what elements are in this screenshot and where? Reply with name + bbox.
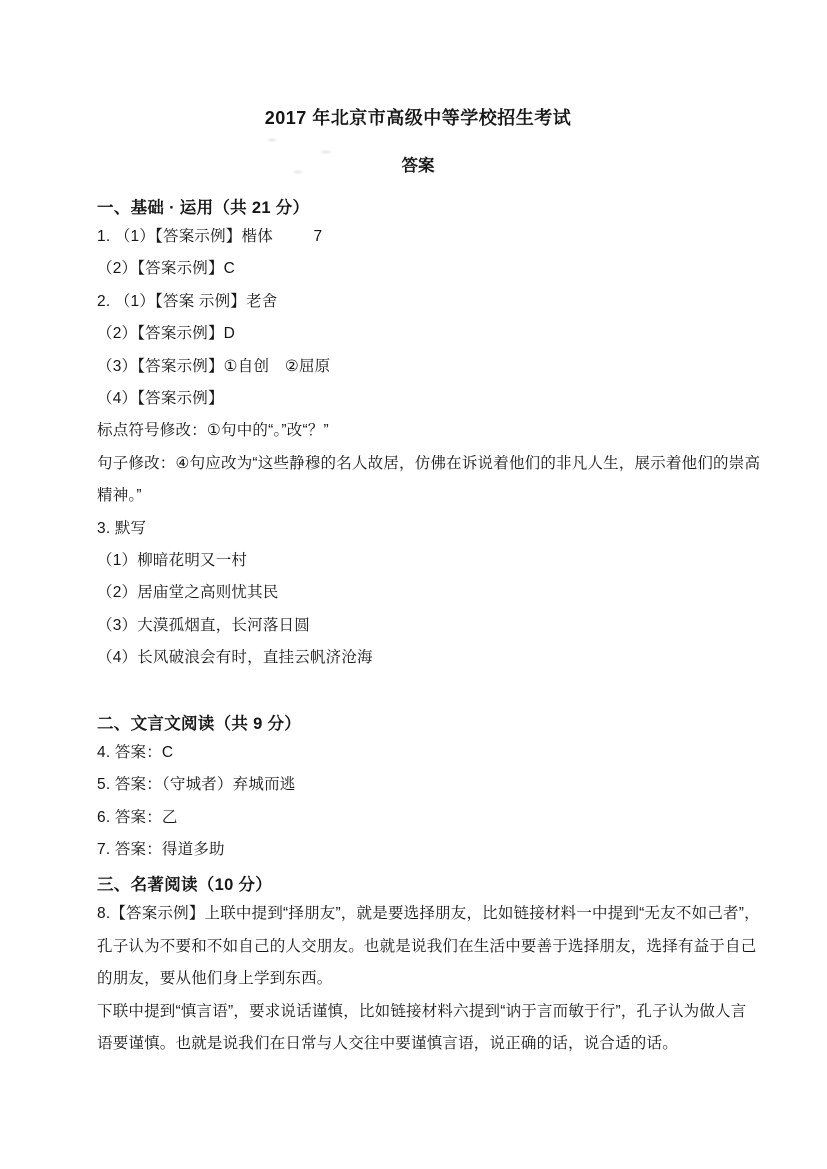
answer-line: 8.【答案示例】上联中提到“择朋友”，就是要选择朋友，比如链接材料一中提到“无友…: [97, 898, 739, 930]
section-classical-reading: 二、文言文阅读（共 9 分） 4. 答案：C 5. 答案：（守城者）弃城而逃 6…: [97, 711, 739, 867]
answer-line: 7. 答案：得道多助: [97, 834, 739, 866]
answer-line: 下联中提到“慎言语”，要求说话谨慎，比如链接材料六提到“讷于言而敏于行”，孔子认…: [97, 996, 739, 1028]
document-subtitle: 答案: [97, 153, 739, 179]
section-heading: 三、名著阅读（10 分）: [97, 872, 739, 898]
answer-line: 5. 答案：（守城者）弃城而逃: [97, 769, 739, 801]
answer-line: 标点符号修改：①句中的“。”改“？”: [97, 415, 739, 447]
section-famous-works-reading: 三、名著阅读（10 分） 8.【答案示例】上联中提到“择朋友”，就是要选择朋友，…: [97, 872, 739, 1060]
document-title: 2017 年北京市高级中等学校招生考试: [97, 105, 739, 131]
answer-line: 的朋友，要从他们身上学到东西。: [97, 963, 739, 995]
answer-line: （4）长风破浪会有时，直挂云帆济沧海: [97, 642, 739, 674]
answer-line: （3）大漠孤烟直，长河落日圆: [97, 610, 739, 642]
answer-line: （3）【答案示例】①自创 ②屈原: [97, 351, 739, 383]
answer-line: 孔子认为不要和不如自己的人交朋友。也就是说我们在生活中要善于选择朋友，选择有益于…: [97, 931, 739, 963]
answer-line: （2）【答案示例】C: [97, 253, 739, 285]
section-heading: 二、文言文阅读（共 9 分）: [97, 711, 739, 737]
document-page: 2017 年北京市高级中等学校招生考试 答案 一、基础 · 运用（共 21 分）…: [0, 0, 827, 1169]
section-basics-usage: 一、基础 · 运用（共 21 分） 1. （1）【答案示例】楷体 7 （2）【答…: [97, 195, 739, 675]
answer-line: （1）柳暗花明又一村: [97, 545, 739, 577]
answer-line: 2. （1）【答案 示例】老舍: [97, 286, 739, 318]
section-heading: 一、基础 · 运用（共 21 分）: [97, 195, 739, 221]
answer-line: （4）【答案示例】: [97, 383, 739, 415]
answer-line: 3. 默写: [97, 513, 739, 545]
answer-line: （2）居庙堂之高则忧其民: [97, 577, 739, 609]
answer-line: （2）【答案示例】D: [97, 318, 739, 350]
answer-line: 句子修改：④句应改为“这些静穆的名人故居，仿佛在诉说着他们的非凡人生，展示着他们…: [97, 448, 739, 480]
answer-line: 语要谨慎。也就是说我们在日常与人交往中要谨慎言语，说正确的话，说合适的话。: [97, 1028, 739, 1060]
answer-line: 1. （1）【答案示例】楷体 7: [97, 221, 739, 253]
answer-line: 6. 答案：乙: [97, 802, 739, 834]
answer-line: 4. 答案：C: [97, 737, 739, 769]
answer-line: 精神。”: [97, 480, 739, 512]
